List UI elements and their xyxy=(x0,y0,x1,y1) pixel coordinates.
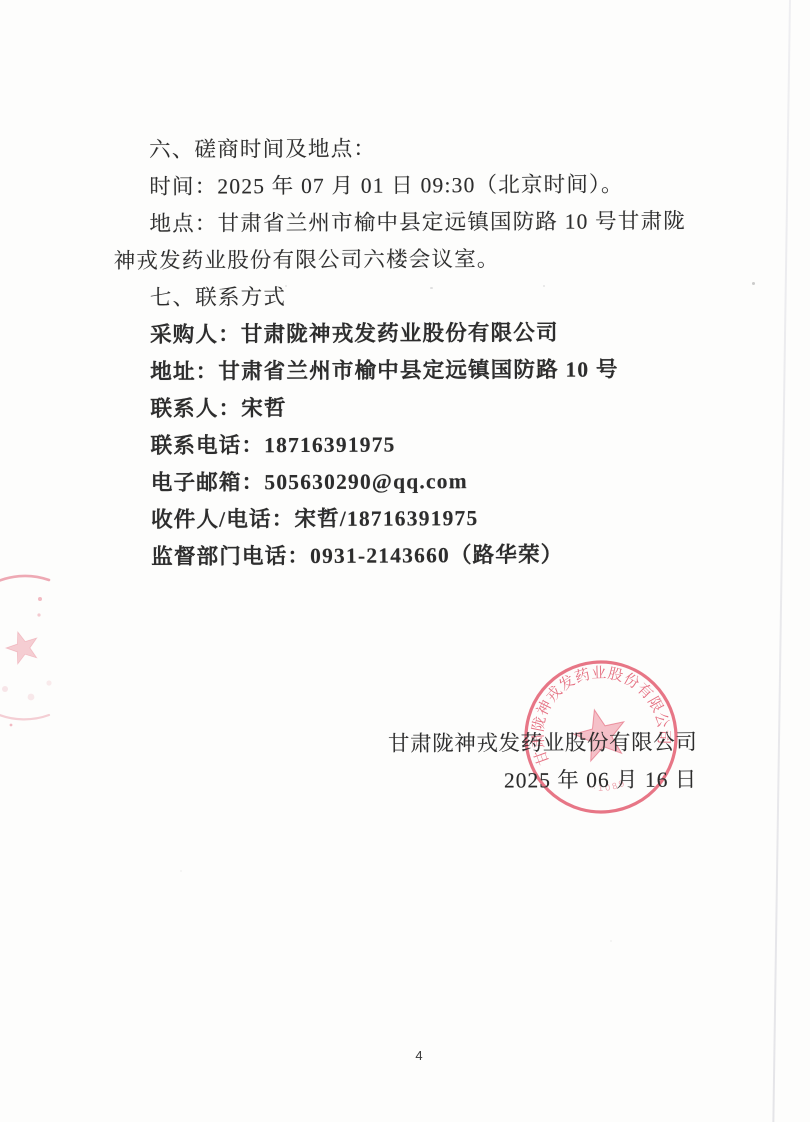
scan-speck xyxy=(320,178,322,180)
body-line-recipient: 收件人/电话：宋哲/18716391975 xyxy=(115,499,725,539)
body-line-email: 电子邮箱：505630290@qq.com xyxy=(115,462,725,502)
body-line-phone: 联系电话：18716391975 xyxy=(115,425,725,465)
body-line-contact: 联系人：宋哲 xyxy=(114,388,724,428)
document-body: 六、磋商时间及地点： 时间：2025 年 07 月 01 日 09:30（北京时… xyxy=(113,129,725,576)
partial-seal-stamp xyxy=(0,551,113,751)
body-line-location: 地点：甘肃省兰州市榆中县定远镇国防路 10 号甘肃陇 xyxy=(113,203,723,243)
signature-company-name: 甘肃陇神戎发药业股份有限公司 xyxy=(388,725,698,758)
body-line-location2: 神戎发药业股份有限公司六楼会议室。 xyxy=(114,240,724,280)
scanned-document-page: 六、磋商时间及地点： 时间：2025 年 07 月 01 日 09:30（北京时… xyxy=(0,0,810,1122)
body-line-address: 地址：甘肃省兰州市榆中县定远镇国防路 10 号 xyxy=(114,351,724,391)
body-line-time: 时间：2025 年 07 月 01 日 09:30（北京时间）。 xyxy=(113,166,723,206)
scan-speck xyxy=(285,285,287,287)
scan-speck xyxy=(430,287,433,289)
scan-speck xyxy=(180,870,182,872)
page-number: 4 xyxy=(404,1048,434,1063)
section-heading-6: 六、磋商时间及地点： xyxy=(113,129,723,169)
body-line-purchaser: 采购人：甘肃陇神戎发药业股份有限公司 xyxy=(114,314,724,354)
scan-speck xyxy=(543,285,545,287)
scan-page-edge-line xyxy=(772,0,790,1122)
signature-date: 2025 年 06 月 16 日 xyxy=(504,762,698,794)
scan-speck xyxy=(610,940,612,942)
scan-speck xyxy=(752,282,755,285)
partial-seal-star xyxy=(2,627,42,666)
body-line-supervisor: 监督部门电话：0931-2143660（路华荣） xyxy=(115,536,725,576)
section-heading-7: 七、联系方式 xyxy=(114,277,724,317)
